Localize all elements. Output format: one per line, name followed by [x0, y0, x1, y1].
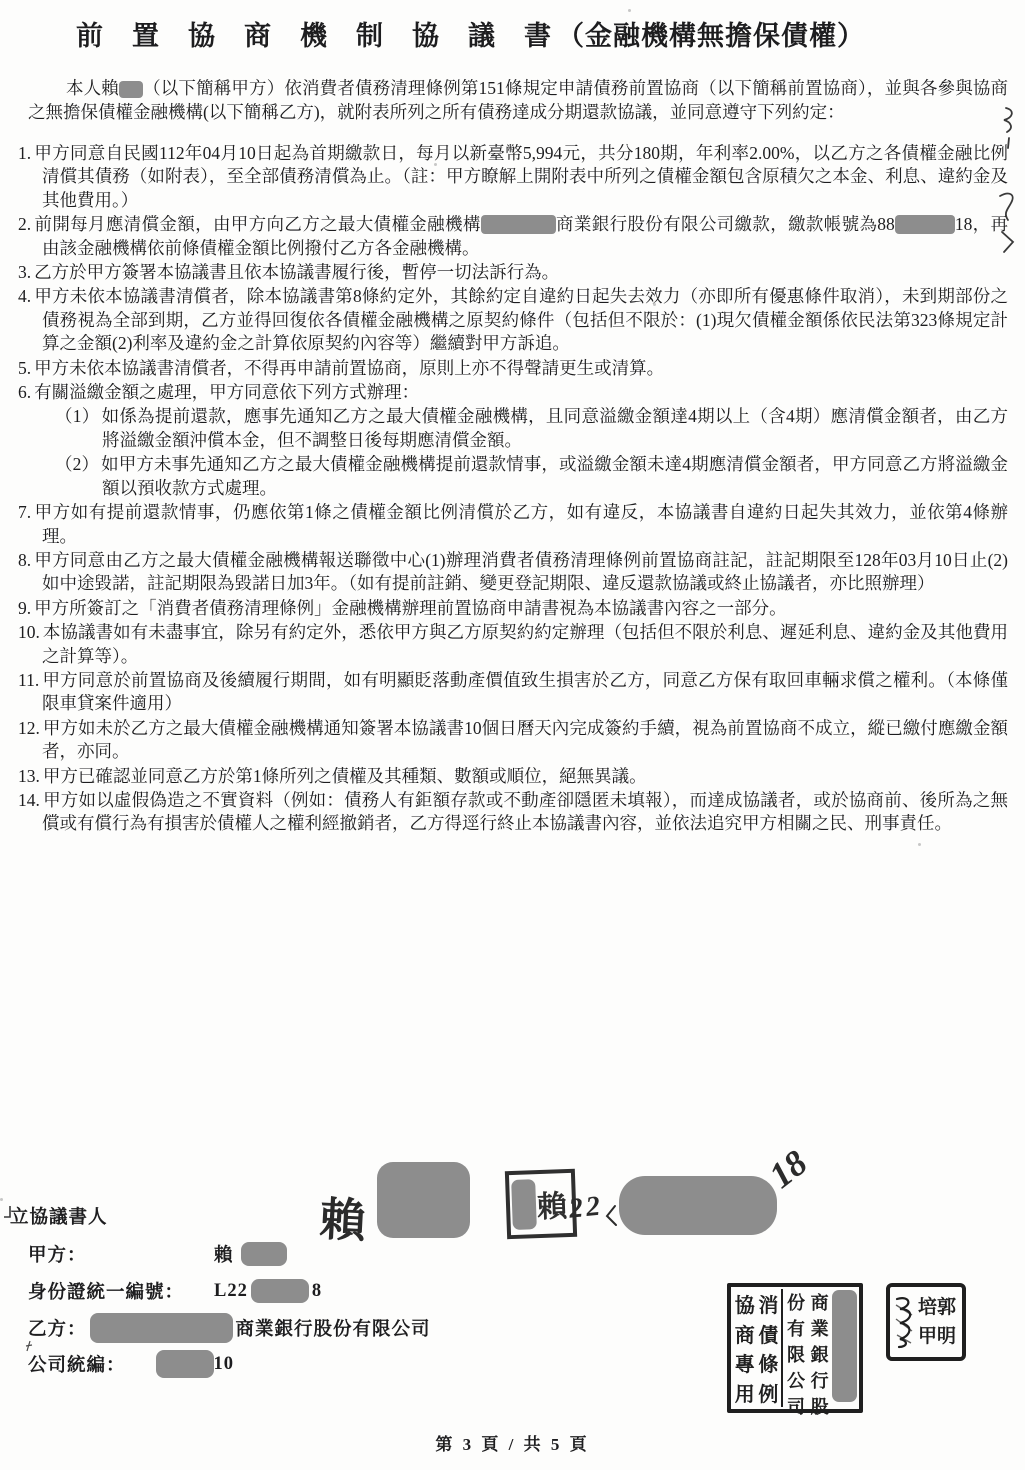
party-a-label: 甲方：: [28, 1241, 214, 1267]
margin-tiny-mark: [24, 1340, 34, 1354]
signatories-heading: 立協議書人: [10, 1203, 108, 1229]
handwritten-surname: 賴: [318, 1183, 367, 1251]
clause-item-2: 2.前開每月應清償金額，由甲方向乙方之最大債權金融機構商業銀行股份有限公司繳款，…: [18, 213, 1008, 260]
clause-number: 1.: [18, 143, 31, 163]
document-title: 前置協商機制協議書（金融機構無擔保債權）: [76, 14, 1025, 53]
seal-surname-char: 賴: [536, 1181, 568, 1226]
subclause-number: （2）: [55, 454, 99, 474]
clause-item-4: 4.甲方未依本協議書清償者，除本協議書第8條約定外，其餘約定自違約日起失去效力（…: [18, 285, 1008, 355]
clause-number: 6.: [18, 382, 31, 402]
clause-item-11: 11.甲方同意於前置協商及後續履行期間，如有明顯貶落動產價值致生損害於乙方，同意…: [18, 669, 1008, 716]
clause-item-1: 1.甲方同意自民國112年04月10日起為首期繳款日，每月以新臺幣5,994元，…: [18, 142, 1008, 212]
company-id-row: 公司統編： 10: [28, 1350, 234, 1378]
intro-text-1: 本人賴: [66, 78, 119, 98]
clause-number: 7.: [18, 502, 31, 522]
clause-number: 11.: [18, 670, 39, 690]
clause-text: 甲方如未於乙方之最大債權金融機構通知簽署本協議書10個日曆天內完成簽約手續，視為…: [42, 718, 1008, 761]
subclause-number: （1）: [55, 406, 100, 426]
id-number-row: 身份證統一編號： L22 8: [28, 1278, 322, 1304]
scan-speck: [653, 303, 656, 306]
redaction-box: [119, 81, 143, 98]
scan-speck: [434, 163, 437, 166]
clause-number: 3.: [18, 262, 31, 282]
scan-speck: [628, 9, 631, 12]
clause-number: 4.: [18, 286, 31, 306]
clause-number: 14.: [18, 790, 40, 810]
redaction-box: [511, 1179, 537, 1230]
stamp-col-company-2: 份有限公司: [784, 1289, 808, 1407]
clause-item-10: 10.本協議書如有未盡事宜，除另有約定外，悉依甲方與乙方原契約約定辦理（包括但不…: [18, 621, 1008, 668]
clause-text: 甲方同意於前置協商及後續履行期間，如有明顯貶落動產價值致生損害於乙方，同意乙方保…: [42, 670, 1008, 713]
document-page: 前置協商機制協議書（金融機構無擔保債權） 本人賴（以下簡稱甲方）依消費者債務清理…: [0, 0, 1025, 1470]
stamp-col-rule: 消債條例: [757, 1289, 781, 1407]
redaction-box: [90, 1313, 233, 1343]
personal-name-seal: 培甲 郭明: [886, 1283, 966, 1361]
clause-text: 乙方於甲方簽署本協議書且依本協議書履行後，暫停一切法訴行為。: [34, 262, 559, 282]
clause-text: 甲方未依本協議書清償者，除本協議書第8條約定外，其餘約定自違約日起失去效力（亦即…: [34, 286, 1008, 353]
bank-negotiation-stamp: 協商專用 消債條例 份有限公司 商業銀行股: [727, 1283, 863, 1413]
subclause-item: （2）如甲方未事先通知乙方之最大債權金融機構提前還款情事，或溢繳金額未達4期應清…: [18, 453, 1008, 500]
redaction-box: [156, 1350, 214, 1378]
intro-text-2: （以下簡稱甲方）依消費者債務清理條例第151條規定申請債務前置協商（以下簡稱前置…: [28, 78, 1008, 122]
party-b-row: 乙方： 商業銀行股份有限公司: [28, 1313, 431, 1343]
page-number: 第 3 頁 / 共 5 頁: [0, 1430, 1025, 1455]
clause-item-6: 6.有關溢繳金額之處理，甲方同意依下列方式辦理：: [18, 381, 1008, 404]
company-id-value: 10: [214, 1354, 235, 1375]
scan-speck: [918, 843, 921, 846]
scan-speck: [0, 1198, 3, 1201]
subclause-text: 如係為提前還款，應事先通知乙方之最大債權金融機構，且同意溢繳金額達4期以上（含4…: [102, 406, 1008, 449]
clause-number: 8.: [18, 550, 31, 570]
clause-text: 甲方如以虛假偽造之不實資料（例如：債務人有鉅額存款或不動產卻隱匿未填報），而達成…: [42, 790, 1008, 833]
redaction-box: [377, 1162, 470, 1238]
clause-text: 甲方同意自民國112年04月10日起為首期繳款日，每月以新臺幣5,994元，共分…: [34, 143, 1008, 210]
clause-text: 有關溢繳金額之處理，甲方同意依下列方式辦理：: [34, 382, 419, 402]
seal-scribble-signature: [892, 1289, 918, 1355]
id-number-part1: L22: [214, 1281, 248, 1302]
clause-number: 5.: [18, 358, 31, 378]
clause-item-5: 5.甲方未依本協議書清償者，不得再申請前置協商，原則上亦不得聲請更生或清算。: [18, 357, 1008, 380]
clause-text: 甲方已確認並同意乙方於第1條所列之債權及其種類、數額或順位，絕無異議。: [43, 766, 647, 786]
clause-item-14: 14.甲方如以虛假偽造之不實資料（例如：債務人有鉅額存款或不動產卻隱匿未填報），…: [18, 789, 1008, 836]
handwritten-name-seal: 賴: [505, 1169, 577, 1239]
intro-paragraph: 本人賴（以下簡稱甲方）依消費者債務清理條例第151條規定申請債務前置協商（以下簡…: [28, 77, 1008, 124]
clause-item-9: 9.甲方所簽訂之「消費者債務清理條例」金融機構辦理前置協商申請書視為本協議書內容…: [18, 597, 1008, 620]
clause-item-12: 12.甲方如未於乙方之最大債權金融機構通知簽署本協議書10個日曆天內完成簽約手續…: [18, 717, 1008, 764]
clause-number: 10.: [18, 622, 40, 642]
clause-item-7: 7.甲方如有提前還款情事，仍應依第1條之債權金額比例清償於乙方，如有違反，本協議…: [18, 501, 1008, 548]
stamp-divider: [781, 1289, 783, 1407]
clause-text: 商業銀行股份有限公司繳款，繳款帳號為88: [556, 214, 895, 234]
clause-text: 甲方同意由乙方之最大債權金融機構報送聯徵中心(1)辦理消費者債務清理條例前置協商…: [34, 550, 1008, 593]
clause-item-3: 3.乙方於甲方簽署本協議書且依本協議書履行後，暫停一切法訴行為。: [18, 261, 1008, 284]
redaction-box: [481, 215, 556, 234]
subclause-item: （1）如係為提前還款，應事先通知乙方之最大債權金融機構，且同意溢繳金額達4期以上…: [18, 405, 1008, 452]
company-id-label: 公司統編：: [28, 1351, 126, 1377]
party-a-row: 甲方： 賴: [28, 1241, 287, 1267]
handwritten-tick-mark: [603, 1203, 619, 1229]
handwritten-digits-left: 22: [567, 1190, 604, 1225]
title-main: 前置協商機制協議書: [76, 21, 580, 51]
id-number-part2: 8: [312, 1281, 322, 1302]
clause-text: 甲方所簽訂之「消費者債務清理條例」金融機構辦理前置協商申請書視為本協議書內容之一…: [34, 598, 787, 618]
clause-number: 12.: [18, 718, 40, 738]
title-suffix: （金融機構無擔保債權）: [557, 21, 865, 51]
clause-number: 9.: [18, 598, 31, 618]
subclause-text: 如甲方未事先通知乙方之最大債權金融機構提前還款情事，或溢繳金額未達4期應清償金額…: [101, 454, 1008, 497]
party-a-value: 賴: [214, 1241, 234, 1267]
margin-pen-marks: [992, 100, 1024, 260]
margin-corner-mark: [2, 1204, 14, 1220]
clause-text: 甲方未依本協議書清償者，不得再申請前置協商，原則上亦不得聲請更生或清算。: [34, 358, 664, 378]
stamp-col-company-1: 商業銀行股: [808, 1289, 832, 1407]
party-b-value: 商業銀行股份有限公司: [236, 1315, 431, 1341]
redaction-box: [251, 1279, 309, 1303]
clause-number: 2.: [18, 214, 31, 234]
id-number-label: 身份證統一編號：: [28, 1278, 214, 1304]
stamp-col-use: 協商專用: [733, 1289, 757, 1407]
clause-item-8: 8.甲方同意由乙方之最大債權金融機構報送聯徵中心(1)辦理消費者債務清理條例前置…: [18, 549, 1008, 596]
clause-number: 13.: [18, 766, 40, 786]
seal-col-right: 郭明: [937, 1289, 956, 1355]
redaction-box: [241, 1242, 287, 1266]
redaction-box: [895, 215, 955, 234]
redaction-box: [619, 1176, 777, 1235]
clause-text: 甲方如有提前還款情事，仍應依第1條之債權金額比例清償於乙方，如有違反，本協議書自…: [34, 502, 1008, 545]
party-b-label: 乙方：: [28, 1315, 87, 1341]
clause-text: 前開每月應清償金額，由甲方向乙方之最大債權金融機構: [34, 214, 481, 234]
clause-text: 本協議書如有未盡事宜，除另有約定外，悉依甲方與乙方原契約約定辦理（包括但不限於利…: [42, 622, 1008, 665]
redaction-box: [832, 1290, 857, 1402]
clause-item-13: 13.甲方已確認並同意乙方於第1條所列之債權及其種類、數額或順位，絕無異議。: [18, 765, 1008, 788]
seal-col-mid: 培甲: [918, 1289, 937, 1355]
clauses-list: 1.甲方同意自民國112年04月10日起為首期繳款日，每月以新臺幣5,994元，…: [18, 142, 1008, 836]
